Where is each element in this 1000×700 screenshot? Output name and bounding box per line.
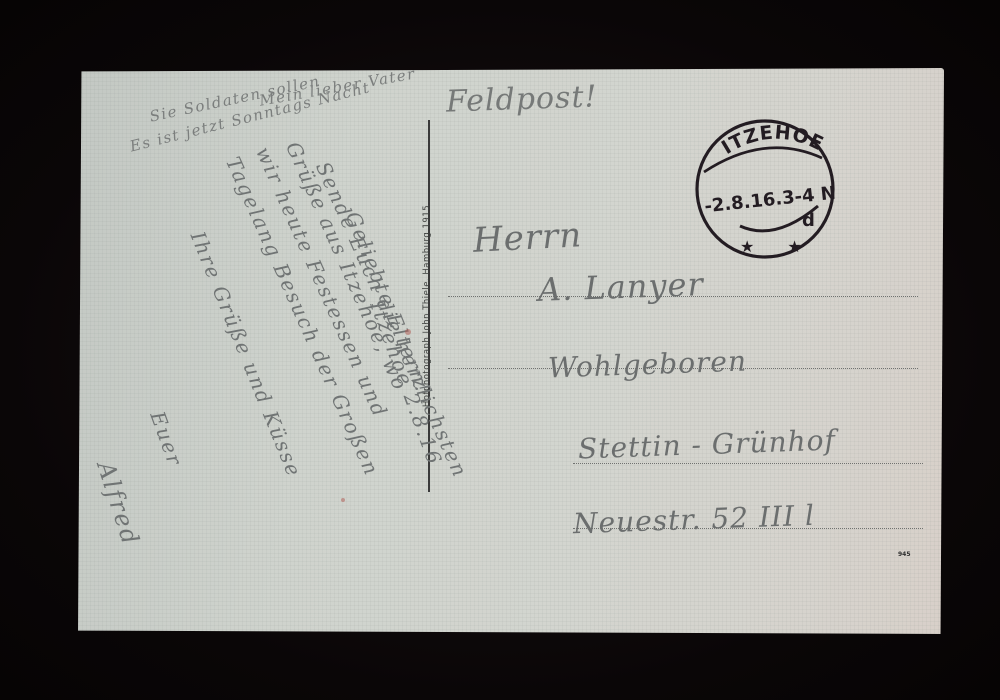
message-signature: Alfred (91, 458, 144, 549)
address-honorific: Wohlgeboren (547, 345, 747, 385)
photo-background: Feldpost! Hofphotograph John Thiele, Ham… (0, 0, 1000, 700)
address-line-1 (448, 296, 918, 297)
address-line-3 (573, 463, 923, 464)
address-city: Stettin - Grünhof (578, 424, 837, 466)
address-line-2 (448, 368, 918, 369)
ink-spot (341, 498, 345, 502)
feldpost-note: Feldpost! (445, 79, 598, 119)
postmark-date: -2.8.16.3-4 N (703, 183, 836, 218)
ink-spot (405, 329, 411, 335)
handwritten-message: Es ist jetzt Sonntags Nacht Sie Soldaten… (88, 98, 428, 618)
postcard: Feldpost! Hofphotograph John Thiele, Ham… (78, 68, 944, 634)
address-street: Neuestr. 52 III l (572, 499, 815, 540)
postmark-stamp: ITZEHOE -2.8.16.3-4 N ★ ★ d (690, 114, 840, 264)
postmark-letter: d (802, 210, 815, 231)
message-line: Euer (145, 408, 187, 470)
address-line-4 (573, 528, 923, 529)
postmark-stars: ★ ★ (740, 237, 816, 256)
plate-number: 945 (898, 551, 911, 558)
postmark-circle-icon: ITZEHOE -2.8.16.3-4 N ★ ★ d (690, 114, 840, 264)
address-salutation: Herrn (472, 215, 583, 261)
address-name: A. Lanyer (537, 265, 704, 309)
